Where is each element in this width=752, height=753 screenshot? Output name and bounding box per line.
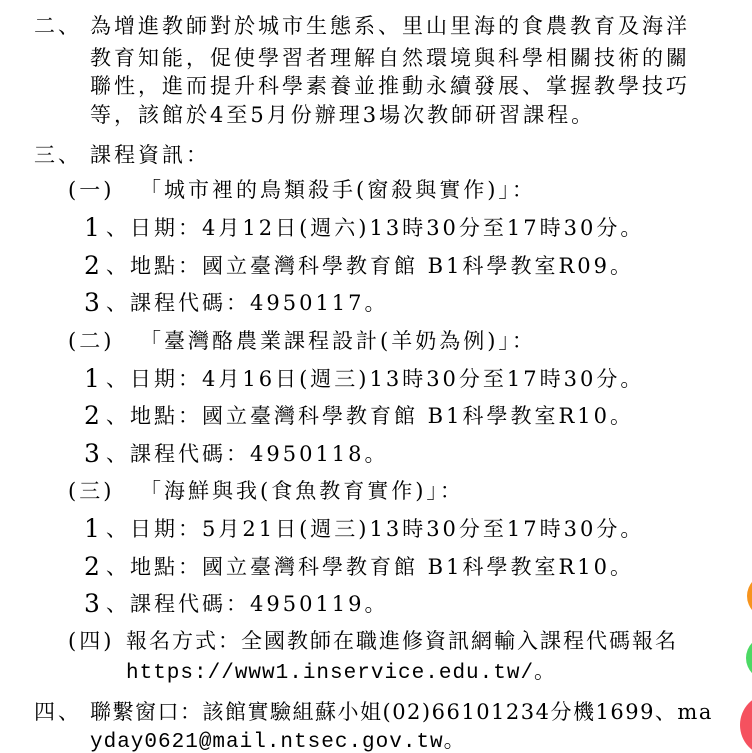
section4-email[interactable]: yday0621@mail.ntsec.gov.tw。: [90, 729, 466, 753]
course2-item1-num: 1: [84, 365, 100, 393]
course1-marker: (一): [68, 176, 114, 204]
course2-item1-text: 、日期：4月16日(週三)13時30分至17時30分。: [106, 365, 644, 393]
registration-marker: (四): [68, 627, 114, 655]
course1-title: 「城市裡的鳥類殺手(窗殺與實作)」：: [140, 176, 536, 204]
course1-item1-text: 、日期：4月12日(週六)13時30分至17時30分。: [106, 214, 644, 242]
course2-item3-num: 3: [84, 440, 100, 468]
section3-title: 課程資訊：: [90, 141, 210, 169]
course1-item1-num: 1: [84, 214, 100, 242]
course1-item3-text: 、課程代碼：4950117。: [106, 289, 389, 317]
section2-line-4: 等，該館於4至5月份辦理3場次教師研習課程。: [90, 101, 595, 129]
red-dot-icon[interactable]: [740, 694, 752, 753]
course3-item3-num: 3: [84, 590, 100, 618]
course3-marker: (三): [68, 477, 114, 505]
course2-title: 「臺灣酪農業課程設計(羊奶為例)」：: [140, 327, 536, 355]
course3-item2-num: 2: [84, 553, 100, 581]
registration-url[interactable]: https://www1.inservice.edu.tw/。: [126, 660, 556, 688]
section2-line-1: 為增進教師對於城市生態系、里山里海的食農教育及海洋: [90, 12, 690, 40]
course2-item2-text: 、地點：國立臺灣科學教育館 B1科學教室R10。: [106, 402, 634, 430]
section4-marker: 四、: [34, 698, 82, 726]
course2-item3-text: 、課程代碼：4950118。: [106, 440, 389, 468]
course3-item1-num: 1: [84, 515, 100, 543]
course1-item3-num: 3: [84, 289, 100, 317]
section2-marker: 二、: [34, 12, 82, 40]
section2-line-3: 聯性，進而提升科學素養並推動永續發展、掌握教學技巧: [90, 72, 690, 100]
course2-item2-num: 2: [84, 402, 100, 430]
section2-line-2: 教育知能，促使學習者理解自然環境與科學相關技術的關: [90, 44, 690, 72]
course1-item2-text: 、地點：國立臺灣科學教育館 B1科學教室R09。: [106, 252, 634, 280]
registration-line-1: 報名方式：全國教師在職進修資訊網輸入課程代碼報名: [126, 627, 678, 655]
green-dot-icon[interactable]: [746, 636, 752, 680]
orange-dot-icon[interactable]: [747, 574, 752, 618]
section3-marker: 三、: [34, 141, 82, 169]
course3-title: 「海鮮與我(食魚教育實作)」：: [140, 477, 464, 505]
course3-item1-text: 、日期：5月21日(週三)13時30分至17時30分。: [106, 515, 644, 543]
course1-item2-num: 2: [84, 252, 100, 280]
course2-marker: (二): [68, 327, 114, 355]
course3-item2-text: 、地點：國立臺灣科學教育館 B1科學教室R10。: [106, 553, 634, 581]
section4-line-1: 聯繫窗口：該館實驗組蘇小姐(02)66101234分機1699、ma: [90, 698, 713, 726]
course3-item3-text: 、課程代碼：4950119。: [106, 590, 389, 618]
